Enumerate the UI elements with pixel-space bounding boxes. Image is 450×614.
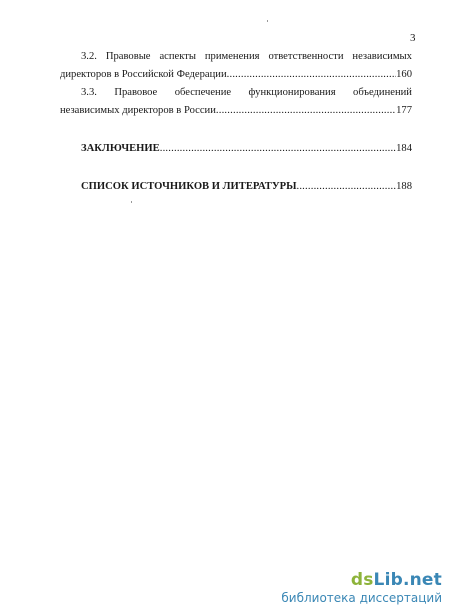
toc-entry-3-3-line2[interactable]: независимых директоров в России 177 bbox=[60, 105, 412, 117]
dot-leader bbox=[216, 105, 396, 117]
scan-speck bbox=[267, 20, 268, 22]
dot-leader bbox=[227, 69, 396, 81]
toc-word: Правовое bbox=[114, 87, 157, 99]
toc-page-ref: 184 bbox=[396, 143, 412, 155]
watermark-brand-lib: Lib.net bbox=[374, 570, 442, 590]
toc-entry-3-3-line1: 3.3. Правовое обеспечение функционирован… bbox=[81, 87, 412, 99]
toc-section-number: 3.2. bbox=[81, 51, 97, 63]
toc-word: Правовые bbox=[106, 51, 151, 63]
toc-word: аспекты bbox=[159, 51, 196, 63]
watermark: dsLib.net библиотека диссертаций bbox=[281, 570, 442, 605]
toc-chapter-bibliography[interactable]: СПИСОК ИСТОЧНИКОВ И ЛИТЕРАТУРЫ 188 bbox=[81, 181, 412, 193]
toc-section-number: 3.3. bbox=[81, 87, 97, 99]
toc-entry-text: независимых директоров в России bbox=[60, 105, 216, 117]
toc-word: независимых bbox=[352, 51, 412, 63]
document-page: 3 3.2. Правовые аспекты применения ответ… bbox=[0, 0, 450, 614]
toc-page-ref: 188 bbox=[396, 181, 412, 193]
toc-word: ответственности bbox=[268, 51, 343, 63]
watermark-brand-ds: ds bbox=[351, 570, 374, 590]
toc-word: объединений bbox=[353, 87, 412, 99]
toc-word: обеспечение bbox=[175, 87, 231, 99]
toc-entry-3-2-line1: 3.2. Правовые аспекты применения ответст… bbox=[81, 51, 412, 63]
toc-chapter-conclusion[interactable]: ЗАКЛЮЧЕНИЕ 184 bbox=[81, 143, 412, 155]
toc-page-ref: 160 bbox=[396, 69, 412, 81]
scan-speck bbox=[131, 201, 132, 203]
toc-word: применения bbox=[205, 51, 260, 63]
toc-page-ref: 177 bbox=[396, 105, 412, 117]
toc-entry-3-2-line2[interactable]: директоров в Российской Федерации 160 bbox=[60, 69, 412, 81]
dot-leader bbox=[160, 143, 396, 155]
toc-chapter-title: ЗАКЛЮЧЕНИЕ bbox=[81, 143, 160, 155]
toc-word: функционирования bbox=[249, 87, 336, 99]
page-number: 3 bbox=[410, 32, 416, 44]
toc-chapter-title: СПИСОК ИСТОЧНИКОВ И ЛИТЕРАТУРЫ bbox=[81, 181, 296, 193]
dot-leader bbox=[296, 181, 396, 193]
toc-entry-text: директоров в Российской Федерации bbox=[60, 69, 227, 81]
watermark-subtitle: библиотека диссертаций bbox=[281, 591, 442, 605]
watermark-logo: dsLib.net bbox=[281, 570, 442, 590]
